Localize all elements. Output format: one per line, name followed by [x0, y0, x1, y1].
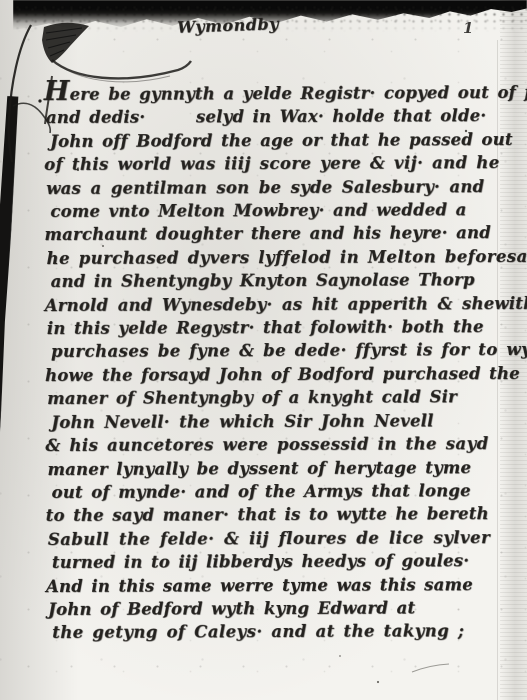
- manuscript-line: in this yelde Regystr· that folowith· bo…: [47, 315, 511, 340]
- manuscript-line: the getyng of Caleys· and at the takyng …: [52, 619, 512, 644]
- manuscript-line: and in Shentyngby Knyton Saynolase Thorp: [51, 268, 511, 293]
- manuscript-line: purchases be fyne & be dede· ffyrst is f…: [51, 338, 511, 363]
- manuscript-line: turned in to iij libberdys heedys of gou…: [52, 549, 512, 574]
- manuscript-line: was a gentilman son be syde Salesbury· a…: [46, 175, 510, 200]
- manuscript-line: John of Bedford wyth kyng Edward at: [48, 596, 512, 621]
- manuscript-line: And in this same werre tyme was this sam…: [46, 573, 512, 598]
- manuscript-line: out of mynde· and of the Armys that long…: [52, 479, 512, 504]
- manuscript-line: John off Bodford the age or that he pass…: [50, 128, 510, 153]
- manuscript-line: Here be gynnyth a yelde Registr· copyed …: [44, 78, 510, 106]
- manuscript-line: howe the forsayd John of Bodford purchas…: [45, 362, 511, 387]
- manuscript-text-block: Here be gynnyth a yelde Registr· copyed …: [46, 78, 512, 645]
- manuscript-line: Arnold and Wynesdeby· as hit apperith & …: [45, 292, 511, 317]
- manuscript-line: maner lynyally be dyssent of herytage ty…: [47, 455, 511, 480]
- manuscript-line: Sabull the felde· & iij floures de lice …: [48, 526, 512, 551]
- manuscript-line: maner of Shentyngby of a knyght cald Sir: [47, 385, 511, 410]
- manuscript-line: & his auncetores were possessid in the s…: [45, 432, 511, 457]
- manuscript-line: marchaunt doughter there and his heyre· …: [44, 221, 510, 246]
- manuscript-line: come vnto Melton Mowbrey· and wedded a: [50, 198, 510, 223]
- manuscript-line: John Nevell· the which Sir John Nevell: [51, 409, 511, 434]
- manuscript-line: and dedis· selyd in Wax· holde that olde…: [46, 104, 510, 129]
- page-number: 1: [463, 19, 473, 37]
- manuscript-line: of this world was iiij score yere & vij·…: [44, 151, 510, 176]
- manuscript-line: he purchased dyvers lyffelod in Melton b…: [46, 245, 510, 270]
- manuscript-line: to the sayd maner· that is to wytte he b…: [46, 502, 512, 527]
